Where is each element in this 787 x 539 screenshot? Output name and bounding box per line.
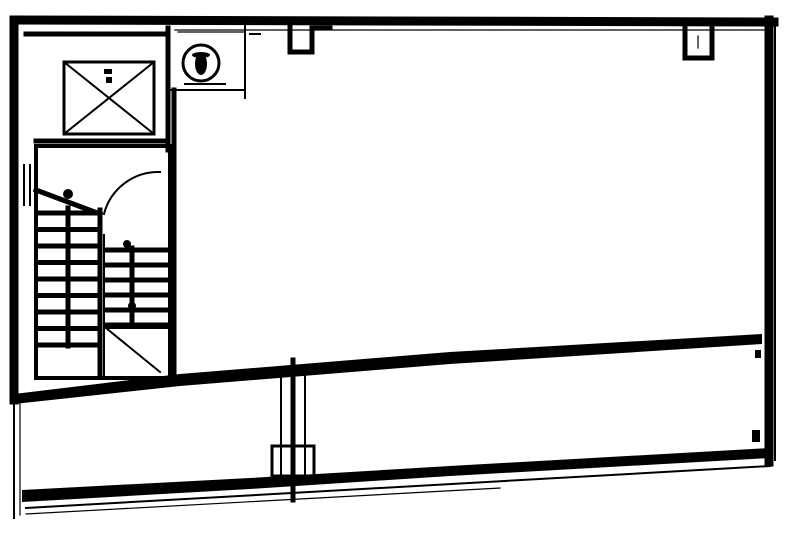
left-wall-door [24,165,30,205]
toilet-icon [183,45,225,84]
corridor [22,448,770,514]
main-hall [14,30,765,404]
column-top-right [685,26,712,58]
stairs-steps-right [104,250,168,325]
outer-walls [14,20,775,518]
floor-plan [0,0,787,539]
right-wall-details [752,350,761,442]
elevator-x-icon [36,62,168,141]
column-top-center [290,24,330,52]
